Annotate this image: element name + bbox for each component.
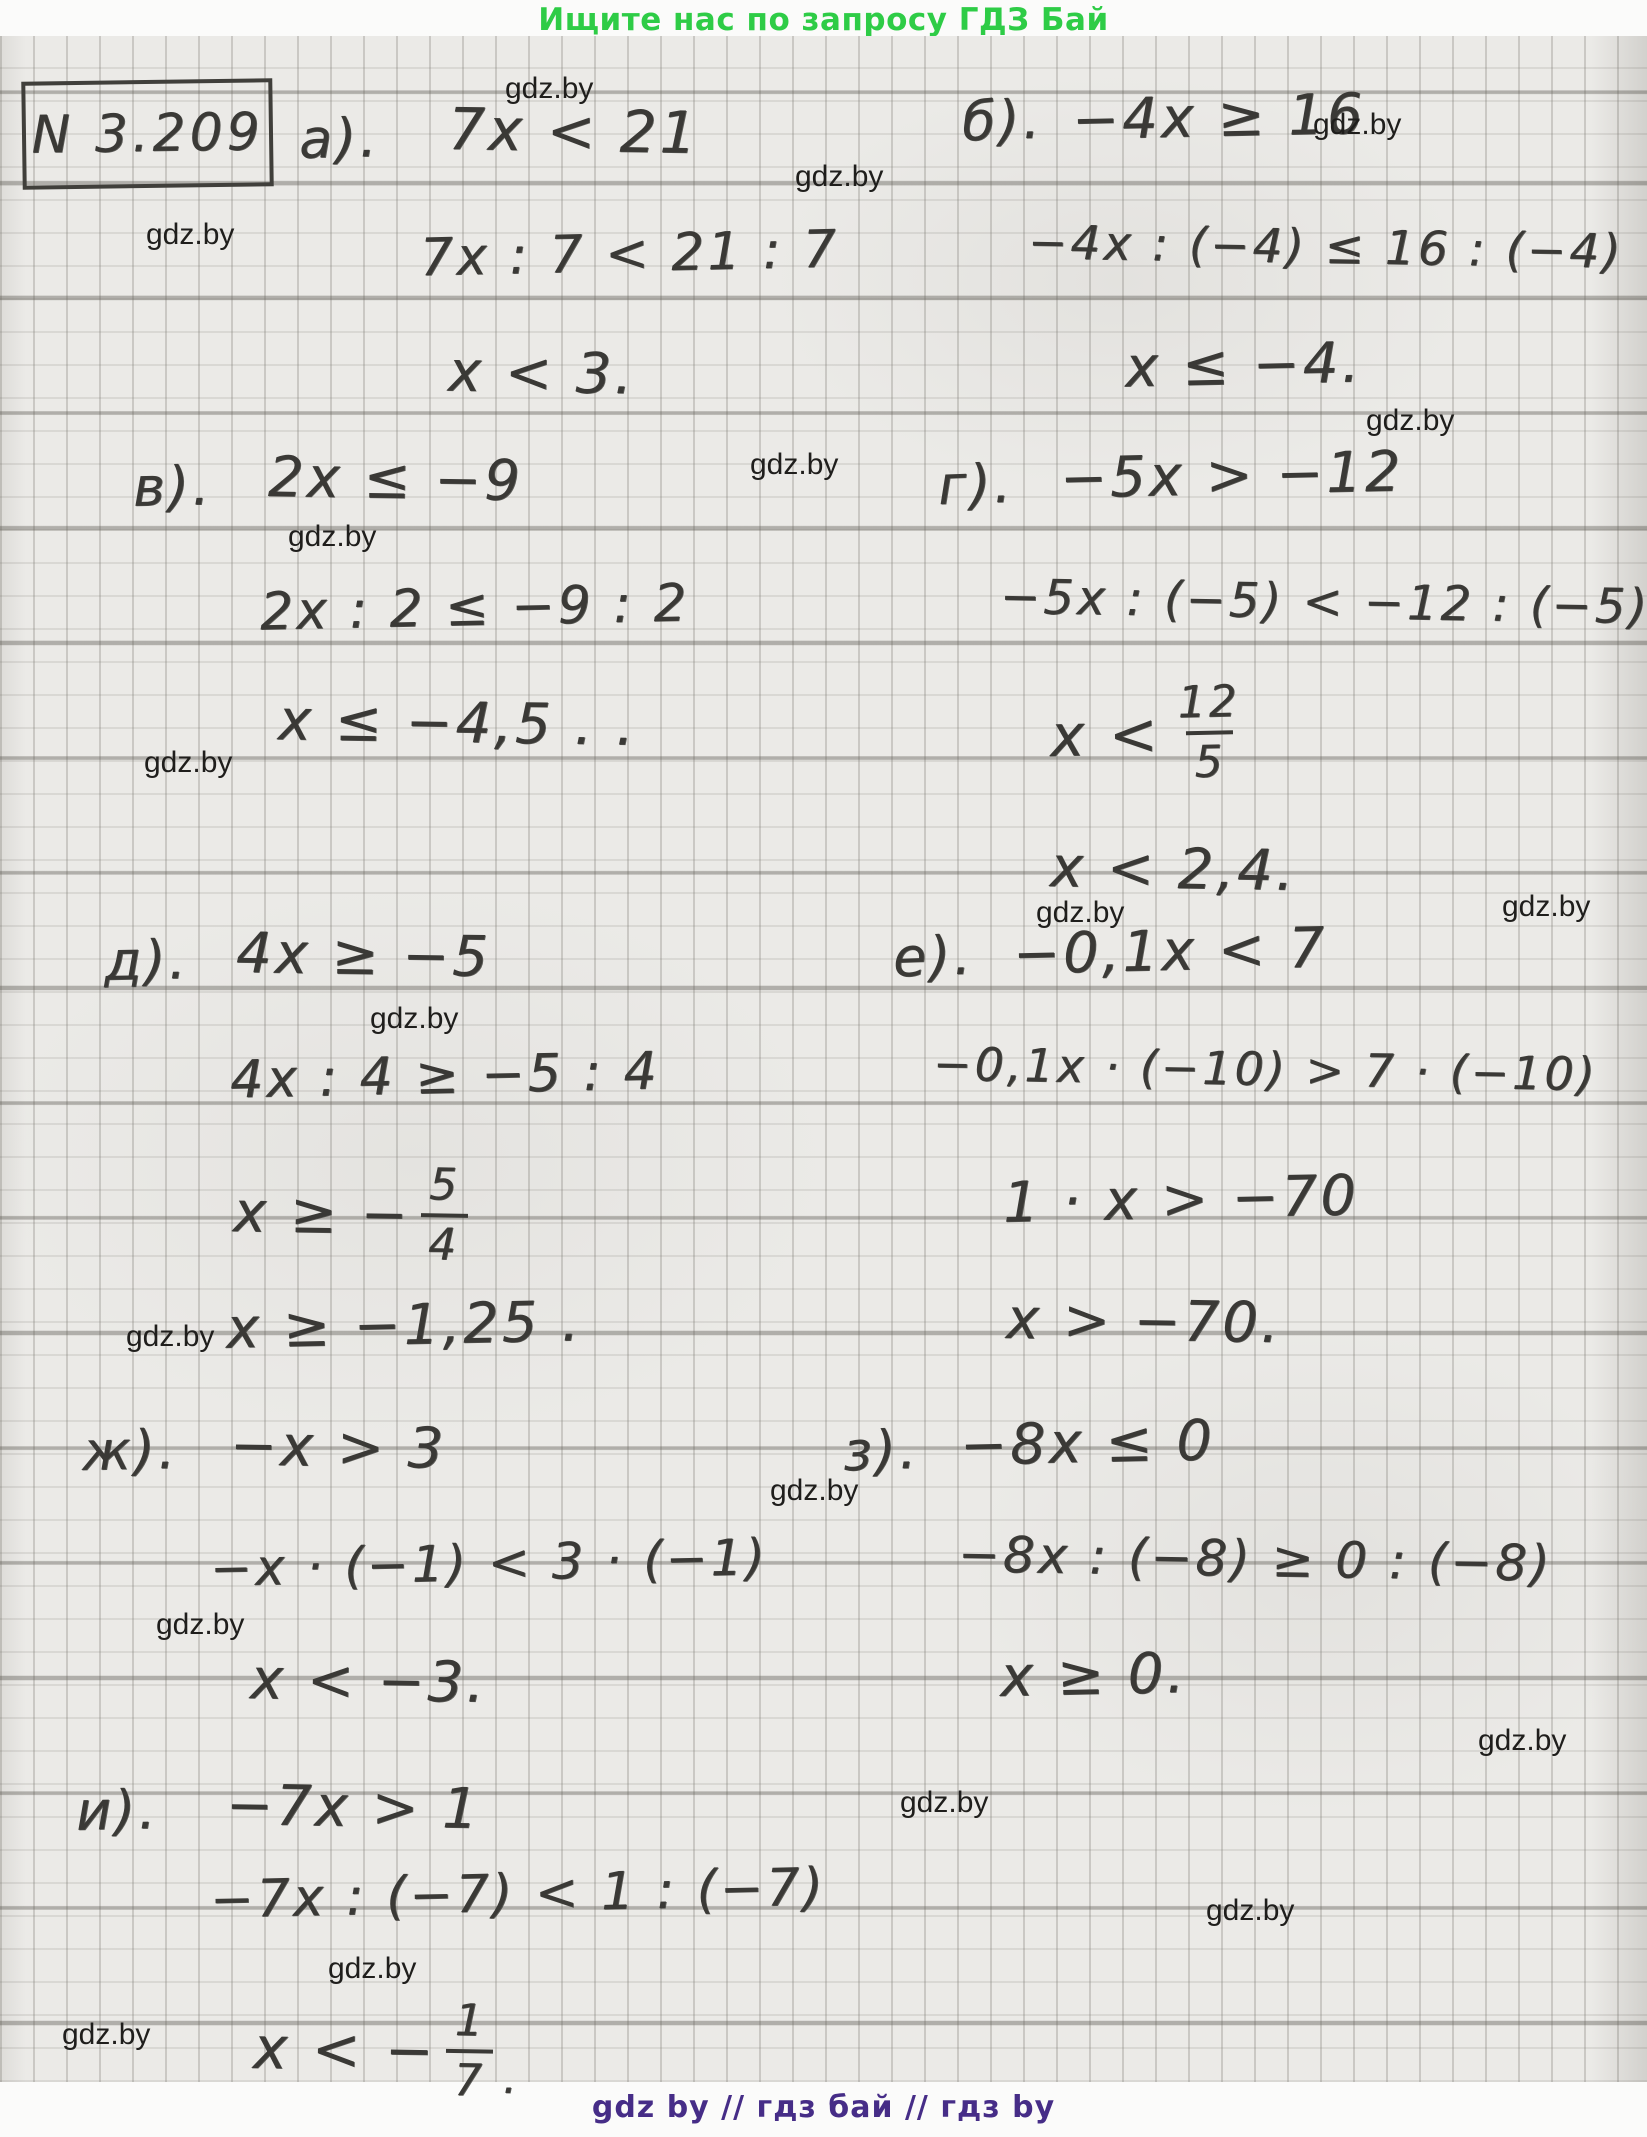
part-z-step-1: −8x ≤ 0 <box>959 1413 1215 1474</box>
part-i-fraction: 1 7 <box>446 1999 495 2104</box>
part-a-step-2: 7x : 7 < 21 : 7 <box>420 224 840 285</box>
part-b-answer: x ≤ −4. <box>1124 336 1362 397</box>
part-d-fraction-line: x ≥ − 5 4 <box>232 1160 468 1268</box>
watermark: gdz.by <box>370 1002 458 1036</box>
watermark: gdz.by <box>288 520 376 554</box>
part-zh-step-1: −x > 3 <box>230 1418 447 1477</box>
watermark: gdz.by <box>1366 404 1454 438</box>
part-a-step-1: 7x < 21 <box>448 100 700 162</box>
part-b-label: б). <box>961 93 1043 150</box>
part-z-step-2: −8x : (−8) ≥ 0 : (−8) <box>958 1529 1553 1588</box>
fraction-denominator: 5 <box>1186 730 1234 785</box>
part-i-fraction-line: x < − 1 7 . <box>252 1996 521 2104</box>
watermark: gdz.by <box>1478 1724 1566 1758</box>
part-v-step-1: 2x ≤ −9 <box>268 450 524 510</box>
part-i-step-2: −7x : (−7) < 1 : (−7) <box>210 1862 827 1927</box>
part-z-label: з). <box>842 1423 920 1480</box>
fraction-numerator: 5 <box>421 1163 469 1214</box>
watermark: gdz.by <box>156 1608 244 1642</box>
watermark: gdz.by <box>146 218 234 252</box>
part-d-step-2: 4x : 4 ≥ −5 : 4 <box>230 1046 660 1107</box>
watermark: gdz.by <box>505 72 593 106</box>
watermark: gdz.by <box>328 1952 416 1986</box>
problem-number: N 3.209 <box>31 102 264 165</box>
part-b-step-2: −4x : (−4) ≤ 16 : (−4) <box>1028 219 1624 275</box>
part-a-label: а). <box>298 111 379 167</box>
watermark: gdz.by <box>770 1474 858 1508</box>
part-zh-step-2: −x · (−1) < 3 · (−1) <box>210 1532 769 1594</box>
part-a-answer: x < 3. <box>448 345 636 404</box>
part-v-answer: x ≤ −4,5 . . <box>278 693 638 755</box>
part-zh-label: ж). <box>81 1423 178 1479</box>
part-zh-answer: x < −3. <box>250 1652 488 1712</box>
fraction-denominator: 4 <box>420 1213 468 1268</box>
site-footer: gdz by // гдз бай // гдз by <box>0 2090 1647 2125</box>
part-i-fraction-prefix: x < − <box>252 2014 436 2085</box>
watermark: gdz.by <box>1313 108 1401 142</box>
fraction-numerator: 1 <box>446 1999 494 2050</box>
problem-number-box: N 3.209 <box>21 78 273 189</box>
part-e-step-1: −0,1x < 7 <box>1012 921 1327 984</box>
fraction-numerator: 12 <box>1169 680 1248 732</box>
watermark: gdz.by <box>1036 896 1124 930</box>
part-i-label: и). <box>75 1783 158 1839</box>
part-d-label: д). <box>103 933 189 989</box>
part-g-label: г). <box>937 457 1014 514</box>
part-e-answer: x > −70. <box>1006 1292 1283 1352</box>
part-v-step-2: 2x : 2 ≤ −9 : 2 <box>260 578 690 639</box>
part-e-label: е). <box>892 929 974 986</box>
part-g-answer: x < 2,4. <box>1050 840 1297 900</box>
part-v-label: в). <box>132 459 212 515</box>
part-d-fraction: 5 4 <box>420 1163 469 1268</box>
watermark: gdz.by <box>900 1786 988 1820</box>
scanned-homework-page: Ищите нас по запросу ГДЗ Бай N 3.209 а).… <box>0 0 1647 2137</box>
part-g-fraction-line: x < 12 5 <box>1049 680 1249 788</box>
watermark: gdz.by <box>1502 890 1590 924</box>
watermark: gdz.by <box>795 160 883 194</box>
part-g-fraction: 12 5 <box>1169 680 1249 786</box>
watermark: gdz.by <box>1206 1894 1294 1928</box>
watermark: gdz.by <box>750 448 838 482</box>
part-g-step-1: −5x > −12 <box>1059 444 1404 507</box>
part-g-step-2: −5x : (−5) < −12 : (−5) <box>1000 573 1647 631</box>
watermark: gdz.by <box>144 746 232 780</box>
part-i-step-1: −7x > 1 <box>226 1778 482 1838</box>
watermark: gdz.by <box>126 1320 214 1354</box>
part-e-step-2: −0,1x · (−10) > 7 · (−10) <box>933 1041 1598 1097</box>
part-d-answer: x ≥ −1,25 . <box>225 1294 582 1357</box>
part-z-answer: x ≥ 0. <box>999 1646 1187 1706</box>
site-banner: Ищите нас по запросу ГДЗ Бай <box>0 2 1647 38</box>
watermark: gdz.by <box>62 2018 150 2052</box>
part-g-fraction-prefix: x < <box>1049 700 1161 770</box>
part-d-step-1: 4x ≥ −5 <box>236 926 492 986</box>
part-d-fraction-prefix: x ≥ − <box>233 1180 412 1248</box>
part-e-step-3: 1 · x > −70 <box>1002 1168 1359 1231</box>
